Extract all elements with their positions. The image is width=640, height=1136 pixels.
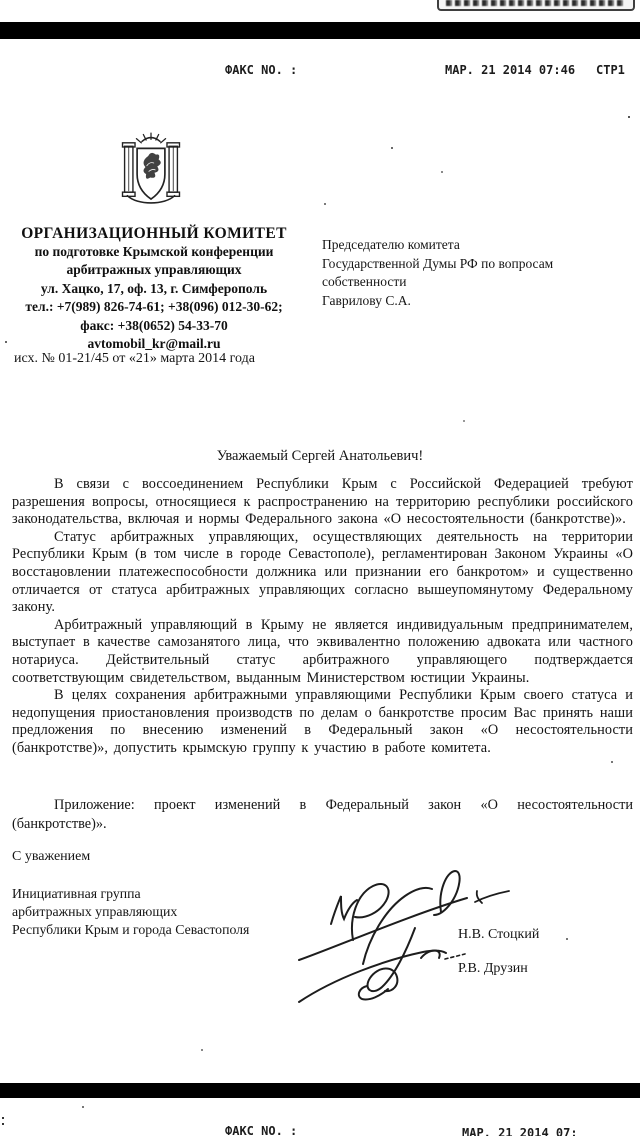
letter-body: В связи с воссоединением Республики Крым…: [12, 476, 633, 758]
crimea-coat-of-arms-icon: [116, 131, 186, 213]
illegible-stamp-text: [446, 0, 626, 6]
salutation: Уважаемый Сергей Анатольевич!: [0, 448, 640, 465]
attachment-note: Приложение: проект изменений в Федеральн…: [12, 796, 633, 834]
fax-number-label-bottom: ФАКС NO. :: [225, 1124, 297, 1136]
recipient-block: Председателю комитета Государственной Ду…: [322, 236, 612, 310]
fax-page-number: СТР1: [596, 63, 625, 77]
scan-noise: [0, 0, 2, 2]
recipient-line: Председателю комитета: [322, 236, 612, 255]
fax-number-label: ФАКС NO. :: [225, 63, 297, 77]
outgoing-reference: исх. № 01-21/45 от «21» марта 2014 года: [14, 351, 255, 367]
body-paragraph: В связи с воссоединением Республики Крым…: [12, 476, 633, 529]
body-paragraph: Статус арбитражных управляющих, осуществ…: [12, 529, 633, 617]
body-paragraph: В целях сохранения арбитражными управляю…: [12, 687, 633, 757]
scanned-fax-letter: { "fax_header_top": { "label": "ФАКС NO.…: [0, 0, 640, 1136]
recipient-line: Государственной Думы РФ по вопросам: [322, 255, 612, 274]
org-address: ул. Хацко, 17, оф. 13, г. Симферополь: [16, 280, 292, 298]
fax-datetime: МАР. 21 2014 07:46: [445, 63, 575, 77]
letterhead: ОРГАНИЗАЦИОННЫЙ КОМИТЕТ по подготовке Кр…: [16, 224, 292, 353]
org-phones: тел.: +7(989) 826-74-61; +38(096) 012-30…: [16, 298, 292, 316]
org-subtitle-line1: по подготовке Крымской конференции: [16, 243, 292, 261]
cropped-stamp-box: [437, 0, 635, 11]
recipient-name: Гаврилову С.А.: [322, 292, 612, 311]
org-subtitle-line2: арбитражных управляющих: [16, 261, 292, 279]
recipient-line: собственности: [322, 273, 612, 292]
body-paragraph: Арбитражный управляющий в Крыму не являе…: [12, 617, 633, 687]
signer-name-stotsky: Н.В. Стоцкий: [458, 927, 539, 943]
org-fax: факс: +38(0652) 54-33-70: [16, 317, 292, 335]
scan-black-bar-bottom: [0, 1083, 640, 1098]
closing-salutation: С уважением: [12, 849, 90, 865]
org-name: ОРГАНИЗАЦИОННЫЙ КОМИТЕТ: [16, 224, 292, 243]
fax-datetime-bottom: МАР. 21 2014 07:: [462, 1126, 578, 1136]
scan-black-bar-top: [0, 22, 640, 39]
signer-name-druzin: Р.В. Друзин: [458, 961, 528, 977]
